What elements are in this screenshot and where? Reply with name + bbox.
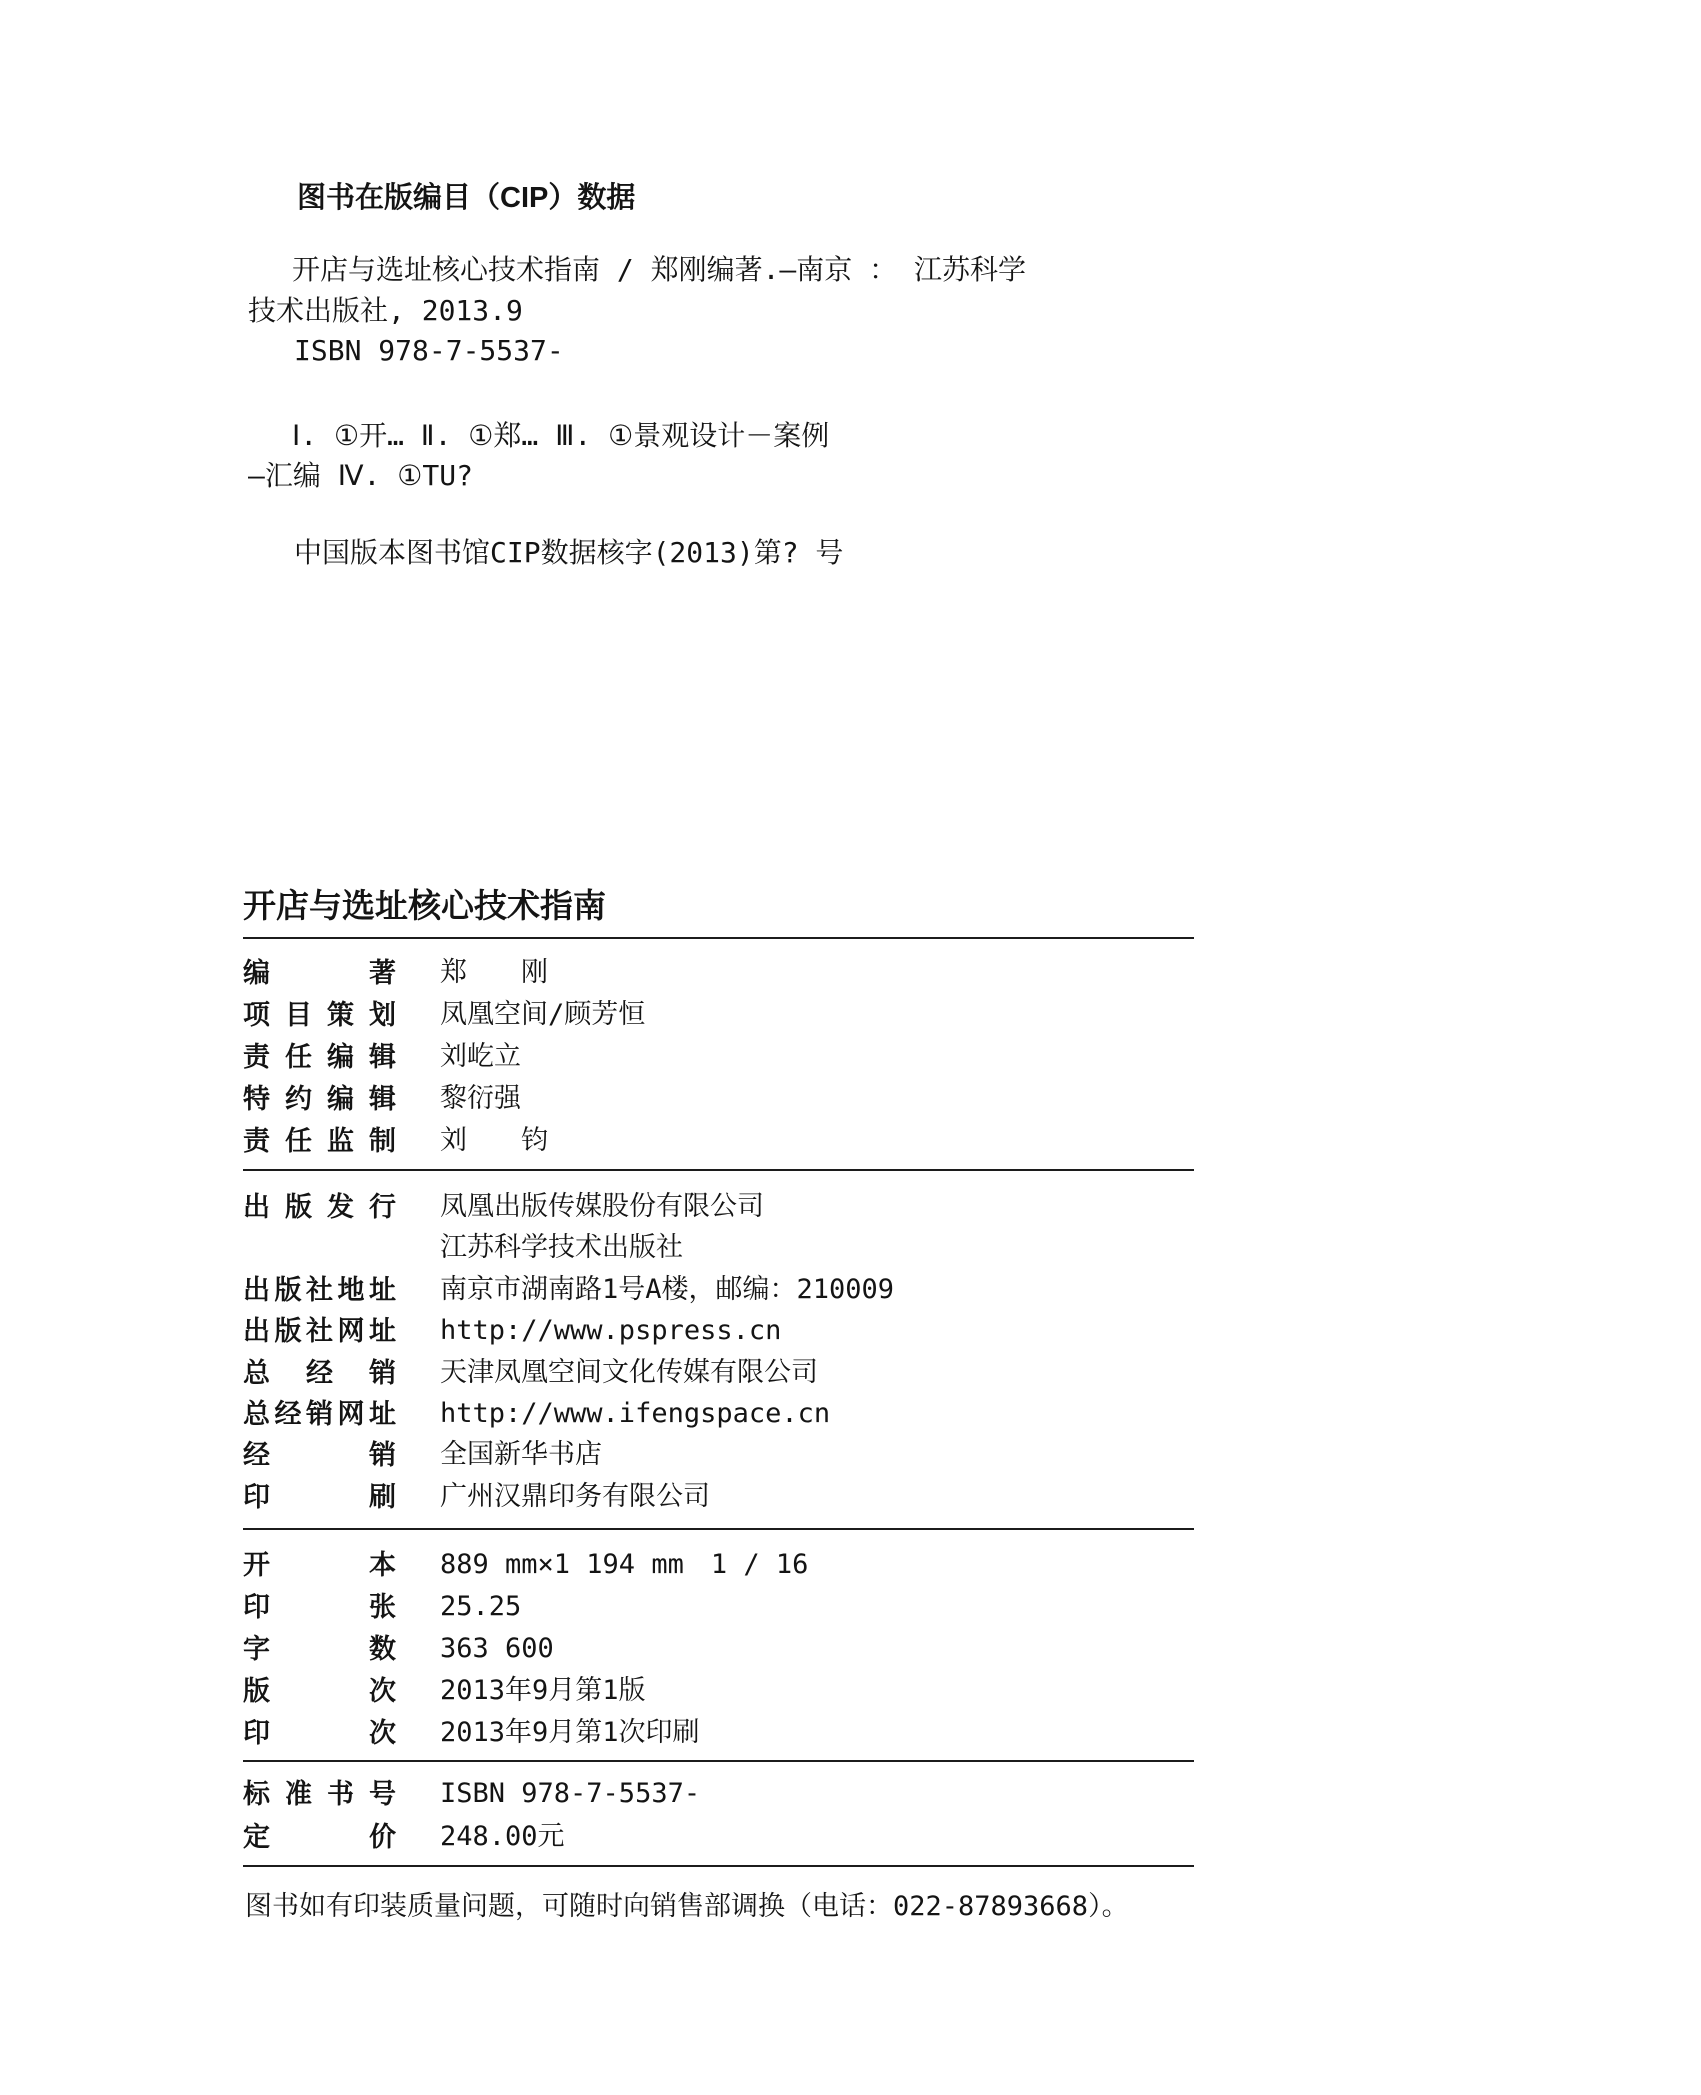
credit-label: 责任编辑 xyxy=(243,1042,396,1072)
format-value: 363 600 xyxy=(440,1634,554,1664)
copyright-page: 图书在版编目（CIP）数据 开店与选址核心技术指南 / 郑刚编著.—南京 ： 江… xyxy=(0,0,1701,2095)
credit-value: 凤凰空间/顾芳恒 xyxy=(440,1000,645,1030)
isbn-section: 标准书号 ISBN 978-7-5537- 定价 248.00元 xyxy=(243,1779,700,1865)
cip-classification-line2: —汇编 Ⅳ. ①TU? xyxy=(248,461,473,492)
credit-value: 刘 钧 xyxy=(440,1126,548,1156)
publishing-value: 南京市湖南路1号A楼，邮编：210009 xyxy=(440,1275,894,1305)
format-label: 开本 xyxy=(243,1550,396,1580)
credit-label: 项目策划 xyxy=(243,1000,396,1030)
publishing-value: 全国新华书店 xyxy=(440,1440,602,1470)
price-label: 定价 xyxy=(243,1822,396,1852)
format-label: 印次 xyxy=(243,1718,396,1748)
format-row-printing: 印次 2013年9月第1次印刷 xyxy=(243,1718,808,1760)
credit-row-author: 编著 郑 刚 xyxy=(243,958,645,1000)
publishing-row-publisher-line2: 江苏科学技术出版社 xyxy=(243,1233,894,1274)
publishing-label: 经销 xyxy=(243,1440,396,1470)
credit-value: 黎衍强 xyxy=(440,1084,521,1114)
isbn-row-standard-number: 标准书号 ISBN 978-7-5537- xyxy=(243,1779,700,1822)
format-row-trim-size: 开本 889 mm×1 194 mm 1 / 16 xyxy=(243,1550,808,1592)
divider-under-title xyxy=(243,937,1194,939)
publishing-label: 印刷 xyxy=(243,1482,396,1512)
format-value: 889 mm×1 194 mm 1 / 16 xyxy=(440,1550,808,1580)
publishing-value: 广州汉鼎印务有限公司 xyxy=(440,1482,710,1512)
format-value: 2013年9月第1次印刷 xyxy=(440,1718,700,1748)
publishing-row-retail: 经销 全国新华书店 xyxy=(243,1440,894,1481)
publishing-row-distributor-website: 总经销网址 http://www.ifengspace.cn xyxy=(243,1399,894,1440)
publishing-value: http://www.pspress.cn xyxy=(440,1316,781,1346)
publishing-label: 出版社网址 xyxy=(243,1316,396,1346)
publishing-row-printer: 印刷 广州汉鼎印务有限公司 xyxy=(243,1482,894,1523)
format-value: 2013年9月第1版 xyxy=(440,1676,646,1706)
publishing-label: 出版发行 xyxy=(243,1192,396,1222)
credits-section: 编著 郑 刚 项目策划 凤凰空间/顾芳恒 责任编辑 刘屹立 特约编辑 黎衍强 责… xyxy=(243,958,645,1168)
cip-classification-line1: Ⅰ. ①开… Ⅱ. ①郑… Ⅲ. ①景观设计－案例 xyxy=(292,421,829,452)
publishing-value: 江苏科学技术出版社 xyxy=(440,1233,683,1263)
book-title: 开店与选址核心技术指南 xyxy=(243,880,606,927)
publishing-value: 凤凰出版传媒股份有限公司 xyxy=(440,1192,764,1222)
format-label: 字数 xyxy=(243,1634,396,1664)
credit-row-production-supervisor: 责任监制 刘 钧 xyxy=(243,1126,645,1168)
credit-row-responsible-editor: 责任编辑 刘屹立 xyxy=(243,1042,645,1084)
isbn-row-price: 定价 248.00元 xyxy=(243,1822,700,1865)
divider-credits-publishing xyxy=(243,1169,1194,1171)
isbn-value: ISBN 978-7-5537- xyxy=(440,1779,700,1809)
publishing-label: 总经销网址 xyxy=(243,1399,396,1429)
format-row-word-count: 字数 363 600 xyxy=(243,1634,808,1676)
format-value: 25.25 xyxy=(440,1592,521,1622)
credit-value: 刘屹立 xyxy=(440,1042,521,1072)
credit-label: 特约编辑 xyxy=(243,1084,396,1114)
format-label: 版次 xyxy=(243,1676,396,1706)
publishing-row-publisher: 出版发行 凤凰出版传媒股份有限公司 xyxy=(243,1192,894,1233)
publishing-label: 总经销 xyxy=(243,1358,396,1388)
credit-row-special-editor: 特约编辑 黎衍强 xyxy=(243,1084,645,1126)
quality-notice: 图书如有印装质量问题，可随时向销售部调换（电话：022-87893668）。 xyxy=(245,1884,1129,1923)
credit-label: 责任监制 xyxy=(243,1126,396,1156)
publishing-row-website: 出版社网址 http://www.pspress.cn xyxy=(243,1316,894,1357)
publishing-row-address: 出版社地址 南京市湖南路1号A楼，邮编：210009 xyxy=(243,1275,894,1316)
cip-publisher-line: 技术出版社, 2013.9 xyxy=(248,296,523,327)
cip-header: 图书在版编目（CIP）数据 xyxy=(297,183,635,215)
divider-format-isbn xyxy=(243,1760,1194,1762)
format-label: 印张 xyxy=(243,1592,396,1622)
publishing-row-distributor: 总经销 天津凤凰空间文化传媒有限公司 xyxy=(243,1358,894,1399)
credit-label: 编著 xyxy=(243,958,396,988)
format-row-sheets: 印张 25.25 xyxy=(243,1592,808,1634)
publishing-section: 出版发行 凤凰出版传媒股份有限公司 江苏科学技术出版社 出版社地址 南京市湖南路… xyxy=(243,1192,894,1523)
publishing-value: http://www.ifengspace.cn xyxy=(440,1399,830,1429)
cip-record-line: 中国版本图书馆CIP数据核字(2013)第? 号 xyxy=(294,538,843,569)
credit-row-project-planning: 项目策划 凤凰空间/顾芳恒 xyxy=(243,1000,645,1042)
credit-value: 郑 刚 xyxy=(440,958,548,988)
isbn-label: 标准书号 xyxy=(243,1779,396,1809)
divider-isbn-notice xyxy=(243,1865,1194,1867)
format-section: 开本 889 mm×1 194 mm 1 / 16 印张 25.25 字数 36… xyxy=(243,1550,808,1760)
publishing-label: 出版社地址 xyxy=(243,1275,396,1305)
cip-title-line: 开店与选址核心技术指南 / 郑刚编著.—南京 ： 江苏科学 xyxy=(292,255,1026,286)
cip-isbn-line: ISBN 978-7-5537- xyxy=(294,336,564,367)
format-row-edition: 版次 2013年9月第1版 xyxy=(243,1676,808,1718)
divider-publishing-format xyxy=(243,1528,1194,1530)
publishing-value: 天津凤凰空间文化传媒有限公司 xyxy=(440,1358,818,1388)
price-value: 248.00元 xyxy=(440,1822,565,1852)
